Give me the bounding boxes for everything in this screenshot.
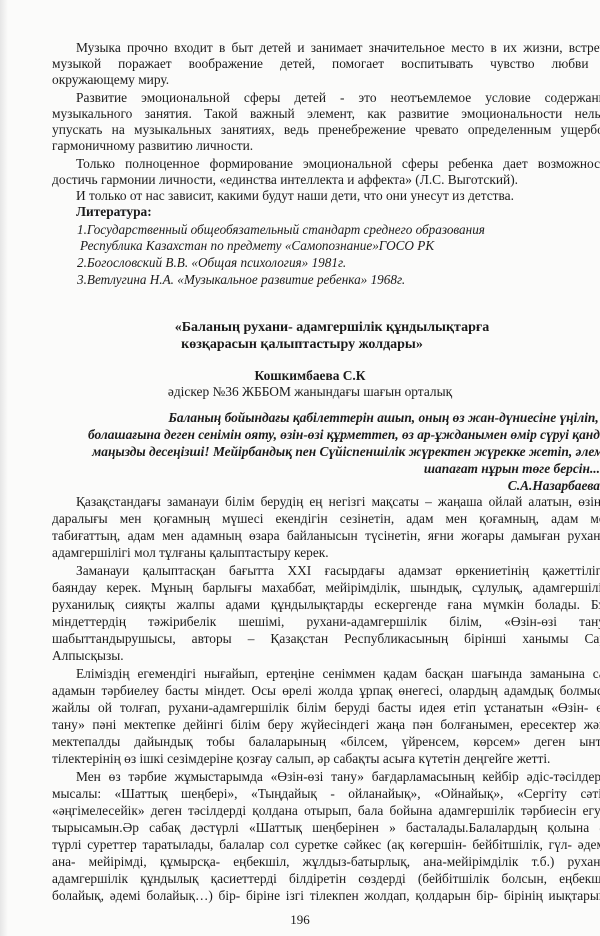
epigraph-line: болашағына деген сенімін ояту, өзін-өзі … xyxy=(88,427,600,443)
paragraph-line: музыкального занятия. Такой важный элеме… xyxy=(52,106,600,122)
paragraph-line: И только от нас зависит, какими будут на… xyxy=(76,188,514,204)
body-line: ана- мейірімді, құмырсқа- еңбекшіл, жұлд… xyxy=(52,854,600,870)
paragraph-line: упускать на музыкальных занятиях, ведь п… xyxy=(52,122,600,138)
body-line: тырысамын.Әр сабақ дәстүрлі «Шаттық шеңб… xyxy=(52,820,600,836)
body-line: шабыттандырушысы, авторы – Қазақстан Рес… xyxy=(52,631,600,647)
paragraph-line: достичь гармонии личности, «единства инт… xyxy=(52,172,600,188)
body-line: «әңгімелесейік» деген тәсілдерді қолдана… xyxy=(52,803,600,819)
epigraph-line: Баланың бойындағы қабілеттерін ашып, оны… xyxy=(168,410,600,426)
literature-item: 3.Ветлугина Н.А. «Музыкальное развитие р… xyxy=(77,272,405,288)
body-line: Еліміздің егемендігі нығайып, ертеңіне с… xyxy=(76,666,600,682)
page-number: 196 xyxy=(0,912,600,928)
epigraph-line: маңызды десеңізші! Мейірбандық пен Сүйіс… xyxy=(92,444,600,460)
body-line: тілектерінің өз ішкі сезімдеріне қозғау … xyxy=(52,751,600,767)
author-name: Кошкимбаева С.К xyxy=(10,368,600,384)
paragraph-line: Только полноценное формирование эмоциона… xyxy=(76,156,600,172)
paragraph-line: Развитие эмоциональной сферы детей - это… xyxy=(76,90,600,106)
body-line: Алпысқызы. xyxy=(52,648,600,664)
literature-item: 2.Богословский В.В. «Общая психология» 1… xyxy=(77,255,346,271)
body-line: адамын тәрбиелеу басты міндет. Осы өрелі… xyxy=(52,683,600,699)
page-edge-shadow xyxy=(0,0,8,936)
literature-heading: Литература: xyxy=(76,204,152,220)
epigraph-line: шапағат нұрын төге берсін... xyxy=(424,461,600,477)
body-line: адамгершілігі мол тұлғаны қалыптастыру к… xyxy=(52,545,600,561)
article-title-line: көзқарасын қалыптастыру жолдары» xyxy=(2,337,600,353)
body-line: Қазақстандағы заманауи білім берудің ең … xyxy=(76,494,600,510)
body-line: болайық, әдемі болайық…) бір- біріне ізг… xyxy=(52,888,600,904)
body-line: даралығы мен қоғамның мүшесі екендігін с… xyxy=(52,511,600,527)
body-line: мысалы: «Шаттық шеңбері», «Тыңдайық - ой… xyxy=(52,786,600,802)
paragraph-line: музыкой поражает воображение детей, помо… xyxy=(52,56,600,72)
paragraph-line: гармоничному развитию личности. xyxy=(52,138,600,154)
body-line: Мен өз тәрбие жұмыстарымда «Өзін-өзі тан… xyxy=(76,769,600,785)
author-affiliation: әдіскер №36 ЖББОМ жанындағы шағын орталы… xyxy=(10,384,600,400)
body-line: жайлы ой толғап, рухани-адамгершілік біл… xyxy=(52,700,600,716)
body-line: түрлі суреттер таратылады, балалар сол с… xyxy=(52,837,600,853)
literature-item: Республика Казахстан по предмету «Самопо… xyxy=(80,238,434,254)
paragraph-line: Музыка прочно входит в быт детей и заним… xyxy=(76,40,600,56)
paragraph-line: окружающему миру. xyxy=(52,72,600,88)
literature-item: 1.Государственный общеобязательный станд… xyxy=(77,222,485,238)
body-line: адамгершілік құндылық қасиеттерді білдір… xyxy=(52,871,600,887)
body-line: табиғаттың, адам мен адамның өзара байла… xyxy=(52,528,600,544)
body-line: баяндау керек. Мұның барлығы махаббат, м… xyxy=(52,580,600,596)
epigraph-author: С.А.Назарбаева xyxy=(508,478,600,494)
body-line: Заманауи қалыптасқан бағытта XXI ғасырда… xyxy=(76,563,600,579)
article-title-line: «Баланың рухани- адамгершілік құндылықта… xyxy=(32,320,600,336)
body-line: тану» пәні мектепке дейінгі білім беру ж… xyxy=(52,717,600,733)
body-line: руханилық сияқты жалпы адами құндылықтар… xyxy=(52,597,600,613)
body-line: міндеттердің тәжірибелік шешімі, рухани-… xyxy=(52,614,600,630)
body-line: мектепалды дайындық тобы балаларының «бі… xyxy=(52,734,600,750)
